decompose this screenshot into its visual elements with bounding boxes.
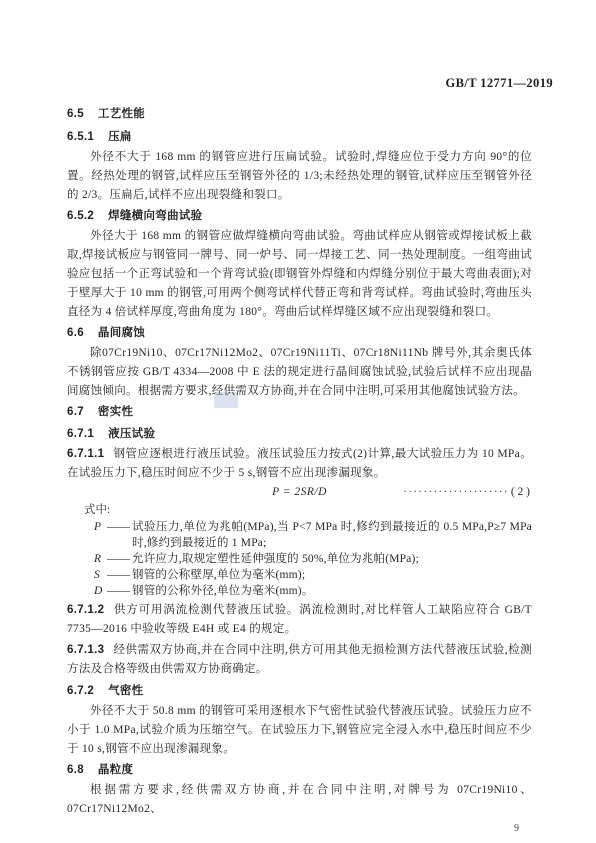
heading-6-7-2: 6.7.2气密性 (67, 683, 532, 700)
heading-6-5-2: 6.5.2焊缝横向弯曲试验 (67, 208, 532, 225)
document-page: GB/T 12771—2019 6.5工艺性能 6.5.1压扁 外径不大于 16… (0, 0, 596, 843)
heading-number: 6.5 (67, 106, 84, 123)
paragraph-grain-size: 根据需方要求,经供需双方协商,并在合同中注明,对牌号为 07Cr19Ni10、0… (67, 781, 532, 819)
formula-expression: P = 2SR/D (272, 486, 327, 498)
symbol-definition-R: R —— 允许应力,取规定塑性延伸强度的 50%,单位为兆帕(MPa); (94, 551, 532, 567)
clause-6-7-1-1: 6.7.1.1钢管应逐根进行液压试验。液压试验压力按式(2)计算,最大试验压力为… (67, 445, 532, 483)
definition-text: 允许应力,取规定塑性延伸强度的 50%,单位为兆帕(MPa); (132, 551, 532, 567)
page-content: 6.5工艺性能 6.5.1压扁 外径不大于 168 mm 的钢管应进行压扁试验。… (0, 0, 596, 835)
symbol-definition-S: S —— 钢管的公称壁厚,单位为毫米(mm); (94, 567, 532, 583)
clause-text: 钢管应逐根进行液压试验。液压试验压力按式(2)计算,最大试验压力为 10 MPa… (67, 448, 532, 479)
heading-title: 焊缝横向弯曲试验 (108, 210, 202, 222)
paragraph-intergranular-corrosion: 除07Cr19Ni10、07Cr17Ni12Mo2、07Cr19Ni11Ti、0… (67, 344, 532, 401)
definition-text: 钢管的公称外径,单位为毫米(mm)。 (132, 583, 532, 599)
heading-title: 气密性 (108, 685, 143, 697)
paragraph-air-tightness: 外径不大于 50.8 mm 的钢管可采用逐根水下气密性试验代替液压试验。试验压力… (67, 702, 532, 759)
symbol: S (94, 567, 107, 583)
heading-title: 压扁 (108, 131, 132, 143)
heading-number: 6.7.2 (67, 683, 94, 700)
clause-text: 经供需双方协商,并在合同中注明,供方可用其他无损检测方法代替液压试验,检测方法及… (67, 644, 532, 675)
symbol: R (94, 551, 107, 567)
formula-dotted-leader: ····················· (403, 486, 509, 498)
heading-6-7: 6.7密实性 (67, 404, 532, 421)
paragraph-flattening: 外径不大于 168 mm 的钢管应进行压扁试验。试验时,焊缝应位于受力方向 90… (67, 148, 532, 205)
definition-text: 钢管的公称壁厚,单位为毫米(mm); (132, 567, 532, 583)
heading-title: 密实性 (98, 406, 133, 418)
definition-text: 试验压力,单位为兆帕(MPa),当 P<7 MPa 时,修约到最接近的 0.5 … (132, 519, 532, 551)
heading-6-7-1: 6.7.1液压试验 (67, 426, 532, 443)
heading-6-5-1: 6.5.1压扁 (67, 129, 532, 146)
definition-dash: —— (107, 551, 130, 567)
clause-number: 6.7.1.3 (67, 644, 104, 656)
heading-title: 工艺性能 (98, 108, 145, 120)
clause-text: 供方可用涡流检测代替液压试验。涡流检测时,对比样管人工缺陷应符合 GB/T 77… (67, 604, 532, 635)
symbol-definition-P: P —— 试验压力,单位为兆帕(MPa),当 P<7 MPa 时,修约到最接近的… (94, 519, 532, 551)
definition-dash: —— (107, 519, 130, 551)
clause-6-7-1-2: 6.7.1.2供方可用涡流检测代替液压试验。涡流检测时,对比样管人工缺陷应符合 … (67, 601, 532, 639)
heading-number: 6.5.1 (67, 129, 94, 146)
heading-6-5: 6.5工艺性能 (67, 106, 532, 123)
clause-6-7-1-3: 6.7.1.3经供需双方协商,并在合同中注明,供方可用其他无损检测方法代替液压试… (67, 641, 532, 679)
heading-6-8: 6.8晶粒度 (67, 762, 532, 779)
paragraph-weld-bend-test: 外径大于 168 mm 的钢管应做焊缝横向弯曲试验。弯曲试样应从钢管或焊接试板上… (67, 227, 532, 322)
definition-dash: —— (107, 567, 130, 583)
heading-6-6: 6.6晶间腐蚀 (67, 325, 532, 342)
clause-number: 6.7.1.2 (67, 604, 104, 616)
formula-2: P = 2SR/D ·····················( 2 ) (67, 484, 532, 501)
definition-dash: —— (107, 583, 130, 599)
heading-number: 6.7 (67, 404, 84, 421)
formula-where-label: 式中: (67, 502, 532, 519)
heading-number: 6.8 (67, 762, 84, 779)
heading-title: 晶粒度 (98, 764, 133, 776)
symbol: P (94, 519, 107, 551)
heading-number: 6.7.1 (67, 426, 94, 443)
symbol-definition-D: D —— 钢管的公称外径,单位为毫米(mm)。 (94, 583, 532, 599)
formula-number-label: ( 2 ) (511, 486, 530, 498)
symbol: D (94, 583, 107, 599)
heading-number: 6.5.2 (67, 208, 94, 225)
heading-number: 6.6 (67, 325, 84, 342)
formula-reference: ·····················( 2 ) (403, 484, 530, 501)
clause-number: 6.7.1.1 (67, 448, 104, 460)
heading-title: 液压试验 (108, 428, 155, 440)
page-number: 9 (67, 822, 532, 835)
heading-title: 晶间腐蚀 (98, 327, 145, 339)
